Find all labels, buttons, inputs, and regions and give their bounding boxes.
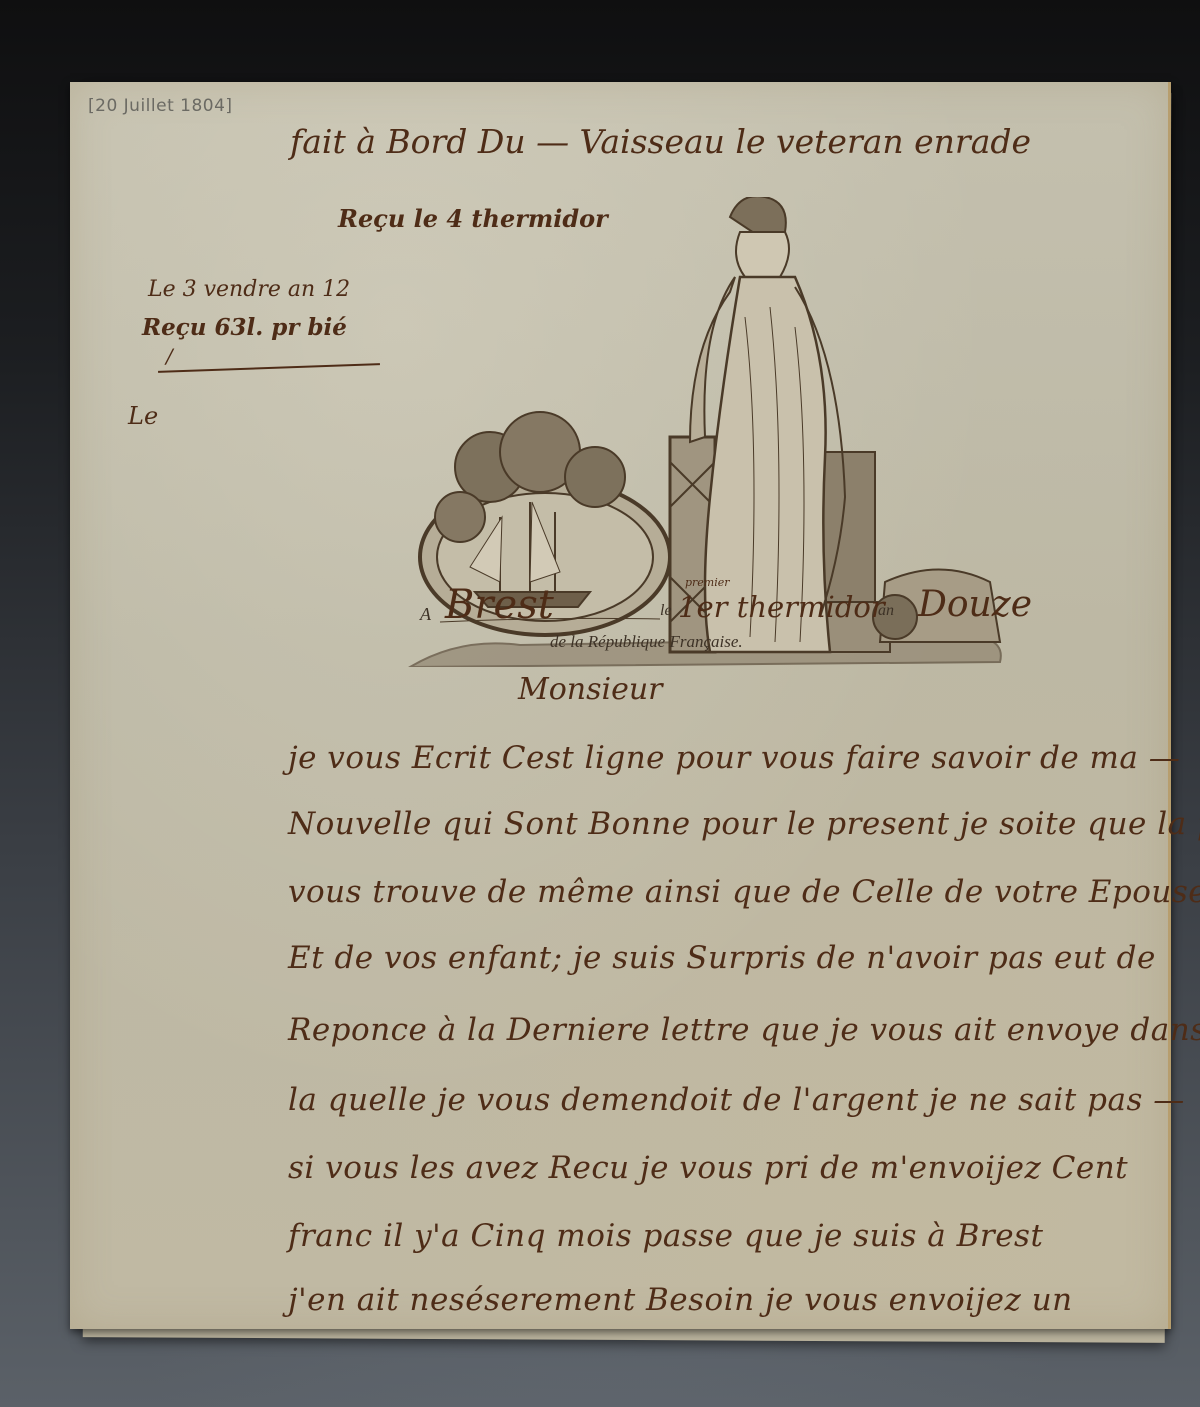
body-line: la quelle je vous demendoit de l'argent … (288, 1082, 1185, 1118)
margin-note-line3: / (166, 344, 173, 368)
margin-rule (158, 363, 380, 373)
salutation-stub: Le (128, 402, 158, 430)
body-line: j'en ait neséserement Besoin je vous env… (288, 1282, 1073, 1318)
margin-note-line1: Le 3 vendre an 12 (148, 277, 350, 302)
year-prefix: an (878, 602, 894, 620)
body-line: vous trouve de même ainsi que de Celle d… (288, 874, 1200, 910)
body-line: je vous Ecrit Cest ligne pour vous faire… (288, 740, 1180, 776)
letter-sheet: [20 Juillet 1804] fait à Bord Du — Vaiss… (70, 82, 1171, 1329)
body-line: Reponce à la Derniere lettre que je vous… (288, 1012, 1200, 1048)
year-value: Douze (918, 584, 1032, 625)
printed-republic-footer: de la République Française. (550, 632, 743, 652)
salutation: Monsieur (518, 672, 663, 707)
origin-line: fait à Bord Du — Vaisseau le veteran enr… (290, 122, 1031, 161)
place-name: Brest (445, 582, 554, 628)
body-line: Et de vos enfant; je suis Surpris de n'a… (288, 940, 1156, 976)
margin-note-line2: Reçu 63l. pr bié (142, 314, 347, 341)
date-superscript: premier (685, 576, 730, 589)
body-line: franc il y'a Cinq mois passe que je suis… (288, 1218, 1043, 1254)
archival-date-annotation: [20 Juillet 1804] (88, 96, 233, 116)
body-line: Nouvelle qui Sont Bonne pour le present … (288, 806, 1200, 842)
date-value: 1er thermidor (678, 590, 885, 624)
place-prefix: A (420, 604, 431, 625)
date-prefix: le (660, 602, 672, 620)
body-line: si vous les avez Recu je vous pri de m'e… (288, 1150, 1128, 1186)
